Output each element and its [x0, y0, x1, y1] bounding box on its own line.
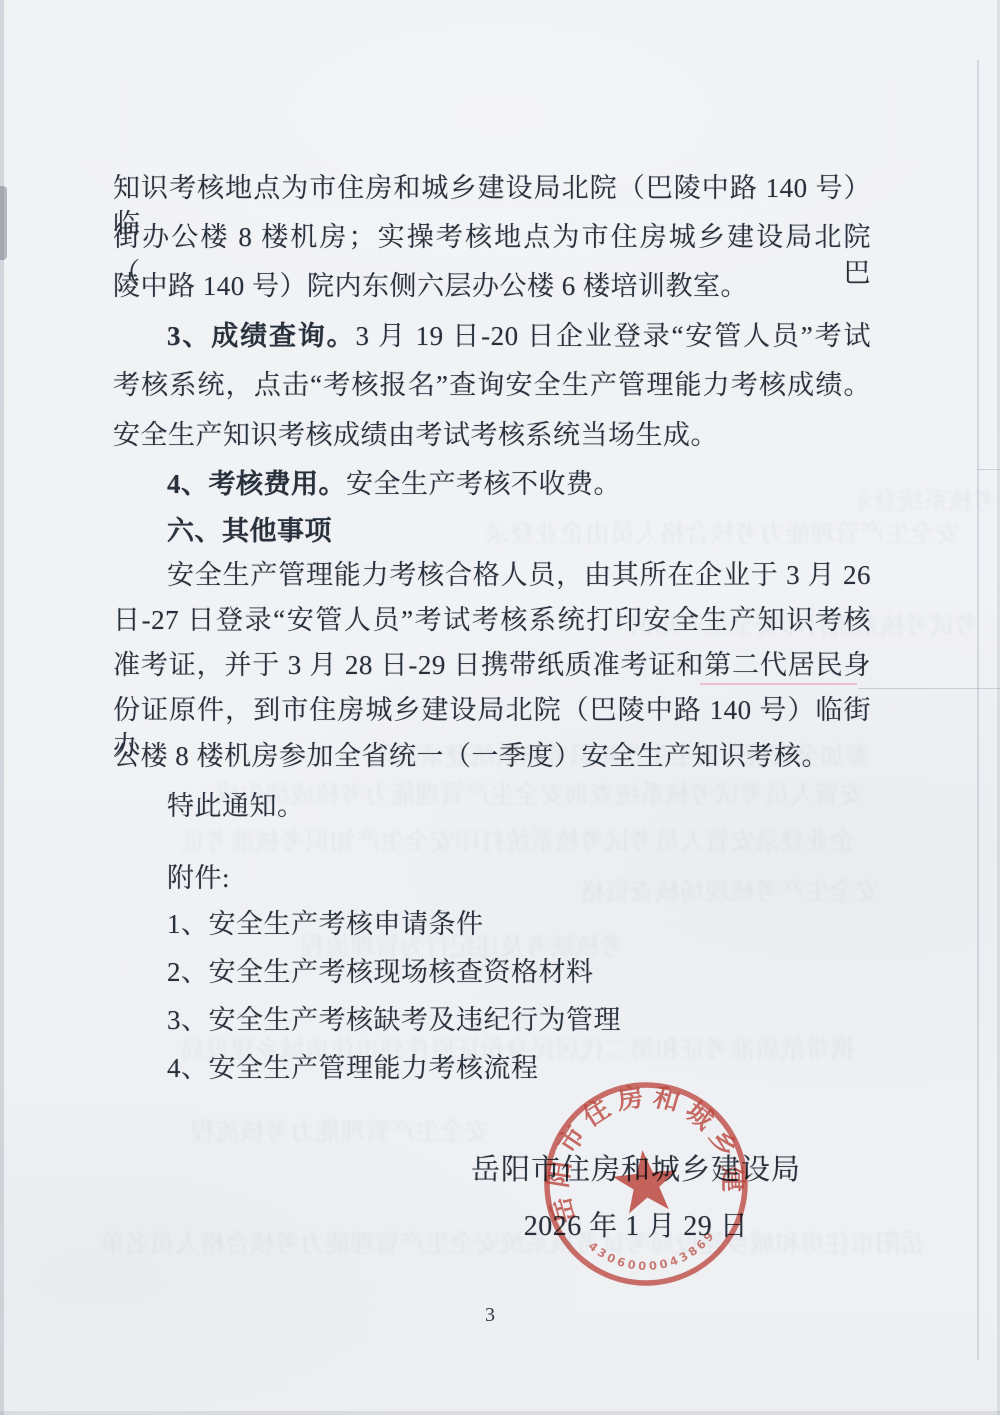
doc-line-segment: 安全生产管理能力考核合格人员，由其所在企业于 3 月 26 [167, 560, 871, 590]
bleedthrough-text: 企业登录安管人员考试考核系统打印安全生产知识考核准考证 [155, 828, 855, 860]
doc-line: 4、安全生产管理能力考核流程 [113, 1050, 871, 1090]
doc-line: 日-27 日登录“安管人员”考试考核系统打印安全生产知识考核 [113, 602, 871, 642]
scanned-notice-page: 考核系统登录安全生产管理能力考核合格人员由企业登录考试考核系统打印安全生产知识参… [0, 0, 1000, 1415]
bleedthrough-text: 考核系统登录 [858, 487, 998, 519]
doc-line-segment: 准考证，并于 3 月 28 日-29 日携带纸质准考证和第二代居民身 [113, 650, 871, 680]
doc-line: 街办公楼 8 楼机房；实操考核地点为市住房城乡建设局北院（巴 [113, 219, 871, 259]
doc-line: 安全生产知识考核成绩由考试考核系统当场生成。 [113, 417, 871, 457]
doc-line: 安全生产管理能力考核合格人员，由其所在企业于 3 月 26 [113, 557, 871, 597]
doc-line: 准考证，并于 3 月 28 日-29 日携带纸质准考证和第二代居民身 [113, 647, 871, 687]
doc-line-segment: 陵中路 140 号）院内东侧六层办公楼 6 楼培训教室。 [113, 271, 748, 301]
bleedthrough-vertical-rule [977, 60, 979, 1360]
doc-line: 3、成绩查询。3 月 19 日-20 日企业登录“安管人员”考试 [113, 318, 871, 358]
doc-line: 陵中路 140 号）院内东侧六层办公楼 6 楼培训教室。 [113, 268, 871, 308]
doc-line: 1、安全生产考核申请条件 [113, 906, 871, 946]
issue-date: 2026 年 1 月 29 日 [420, 1204, 852, 1244]
doc-line-segment: 安全生产知识考核成绩由考试考核系统当场生成。 [113, 420, 718, 450]
doc-line-segment: 安全生产考核不收费。 [346, 469, 621, 499]
doc-line: 考核系统，点击“考核报名”查询安全生产管理能力考核成绩。 [113, 367, 871, 407]
bleedthrough-text: 安全生产管理能力考核流程 [110, 1118, 490, 1150]
scan-edge-left-streak [0, 186, 7, 260]
doc-line: 份证原件，到市住房城乡建设局北院（巴陵中路 140 号）临街办 [113, 692, 871, 732]
doc-line-segment: 公楼 8 楼机房参加全省统一（一季度）安全生产知识考核。 [113, 741, 829, 771]
scan-edge-left [0, 0, 4, 1415]
doc-line: 4、考核费用。安全生产考核不收费。 [113, 466, 871, 506]
doc-line: 知识考核地点为市住房和城乡建设局北院（巴陵中路 140 号）临 [113, 170, 871, 210]
doc-line-segment: 日-27 日登录“安管人员”考试考核系统打印安全生产知识考核 [113, 605, 871, 635]
doc-line-segment: 附件: [167, 863, 230, 893]
doc-line-bold-segment: 3、成绩查询。 [167, 321, 356, 351]
doc-line: 2、安全生产考核现场核查资格材料 [113, 954, 871, 994]
signature-block: 岳阳市住房和城乡建设局 2026 年 1 月 29 日 [420, 1147, 852, 1244]
scan-edge-bottom [0, 1411, 1000, 1415]
doc-line-bold-segment: 六、其他事项 [167, 516, 332, 546]
doc-line-bold-segment: 4、考核费用。 [167, 469, 346, 499]
bleedthrough-horizontal-rule [977, 469, 1000, 470]
doc-line-segment: 考核系统，点击“考核报名”查询安全生产管理能力考核成绩。 [113, 370, 871, 400]
doc-line-segment: 3、安全生产考核缺考及违纪行为管理 [167, 1005, 621, 1035]
doc-line-segment: 4、安全生产管理能力考核流程 [167, 1053, 539, 1083]
bleedthrough-horizontal-rule [858, 688, 1000, 689]
page-number: 3 [430, 1304, 550, 1327]
doc-line: 六、其他事项 [113, 513, 871, 553]
doc-line-segment: 2、安全生产考核现场核查资格材料 [167, 957, 594, 987]
doc-line-segment: 1、安全生产考核申请条件 [167, 909, 484, 939]
doc-line: 公楼 8 楼机房参加全省统一（一季度）安全生产知识考核。 [113, 738, 871, 778]
doc-line-segment: 3 月 19 日-20 日企业登录“安管人员”考试 [356, 321, 871, 351]
doc-line: 3、安全生产考核缺考及违纪行为管理 [113, 1002, 871, 1042]
doc-line: 附件: [113, 860, 871, 900]
issuer-name: 岳阳市住房和城乡建设局 [420, 1147, 852, 1188]
doc-line-segment: 特此通知。 [167, 791, 305, 821]
doc-line: 特此通知。 [113, 788, 871, 828]
